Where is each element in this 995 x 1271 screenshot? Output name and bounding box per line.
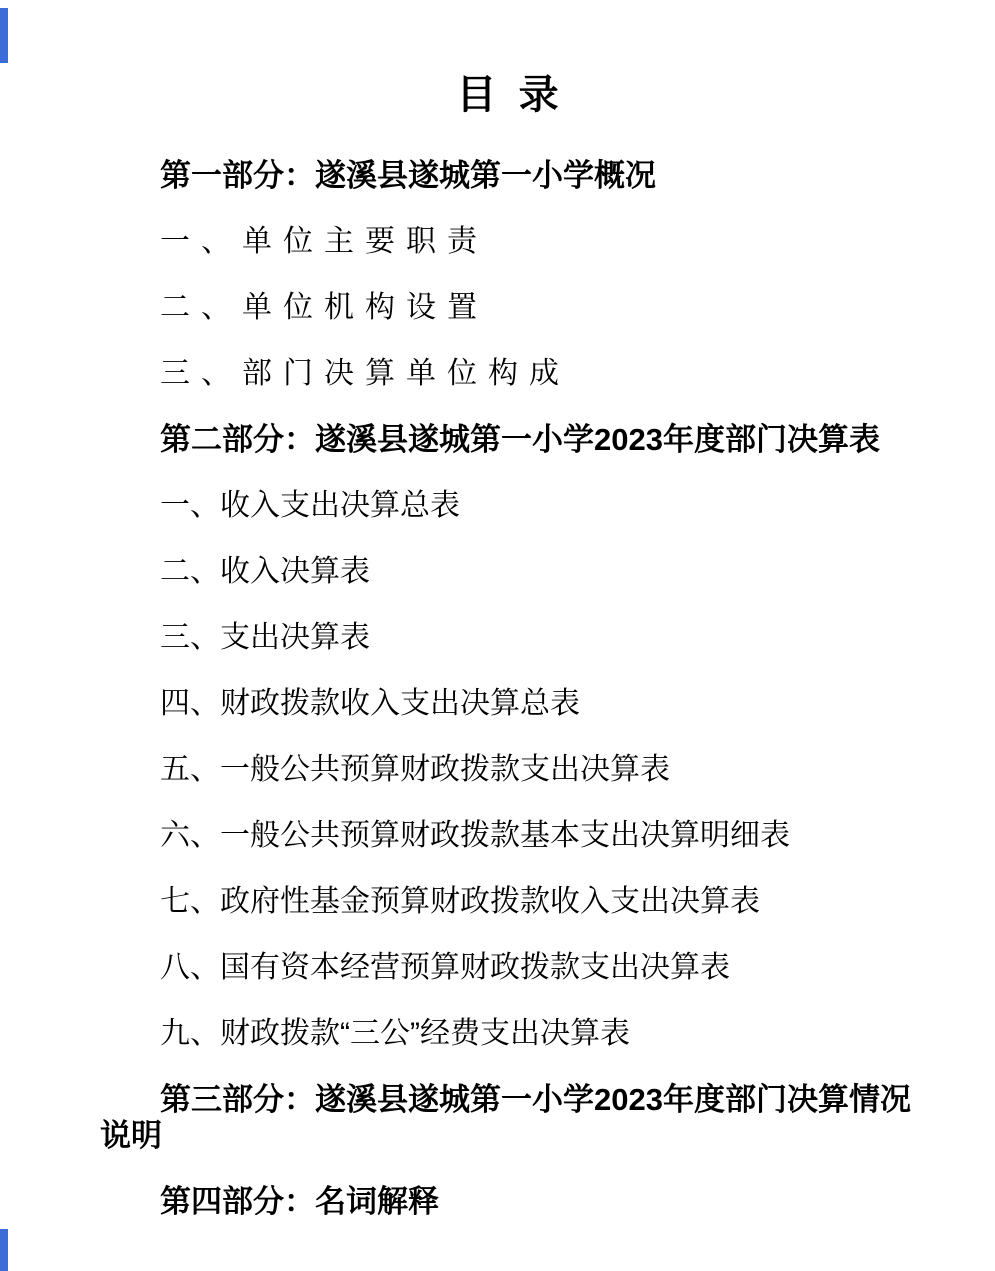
toc-item: 一、单位主要职责 (100, 224, 915, 260)
edge-artifact-top (0, 8, 8, 63)
toc-item: 三、部门决算单位构成 (100, 356, 915, 392)
toc-item: 三、支出决算表 (100, 620, 915, 656)
toc-section-heading: 第三部分：遂溪县遂城第一小学2023年度部门决算情况说明 (100, 1082, 915, 1154)
toc-section-heading: 第二部分：遂溪县遂城第一小学2023年度部门决算表 (100, 422, 915, 458)
toc-item: 五、一般公共预算财政拨款支出决算表 (100, 752, 915, 788)
edge-artifact-bottom (0, 1229, 8, 1271)
toc-item: 一、收入支出决算总表 (100, 488, 915, 524)
toc-item: 七、政府性基金预算财政拨款收入支出决算表 (100, 884, 915, 920)
toc-section-heading: 第一部分：遂溪县遂城第一小学概况 (100, 158, 915, 194)
table-of-contents: 第一部分：遂溪县遂城第一小学概况 一、单位主要职责 二、单位机构设置 三、部门决… (0, 158, 995, 1220)
toc-section-heading: 第四部分：名词解释 (100, 1184, 915, 1220)
toc-item: 九、财政拨款“三公”经费支出决算表 (100, 1016, 915, 1052)
page-title: 目 录 (100, 71, 915, 119)
toc-item: 二、单位机构设置 (100, 290, 915, 326)
document-page: 目 录 第一部分：遂溪县遂城第一小学概况 一、单位主要职责 二、单位机构设置 三… (0, 0, 995, 1271)
toc-item: 六、一般公共预算财政拨款基本支出决算明细表 (100, 818, 915, 854)
toc-item: 八、国有资本经营预算财政拨款支出决算表 (100, 950, 915, 986)
toc-item: 四、财政拨款收入支出决算总表 (100, 686, 915, 722)
toc-item: 二、收入决算表 (100, 554, 915, 590)
